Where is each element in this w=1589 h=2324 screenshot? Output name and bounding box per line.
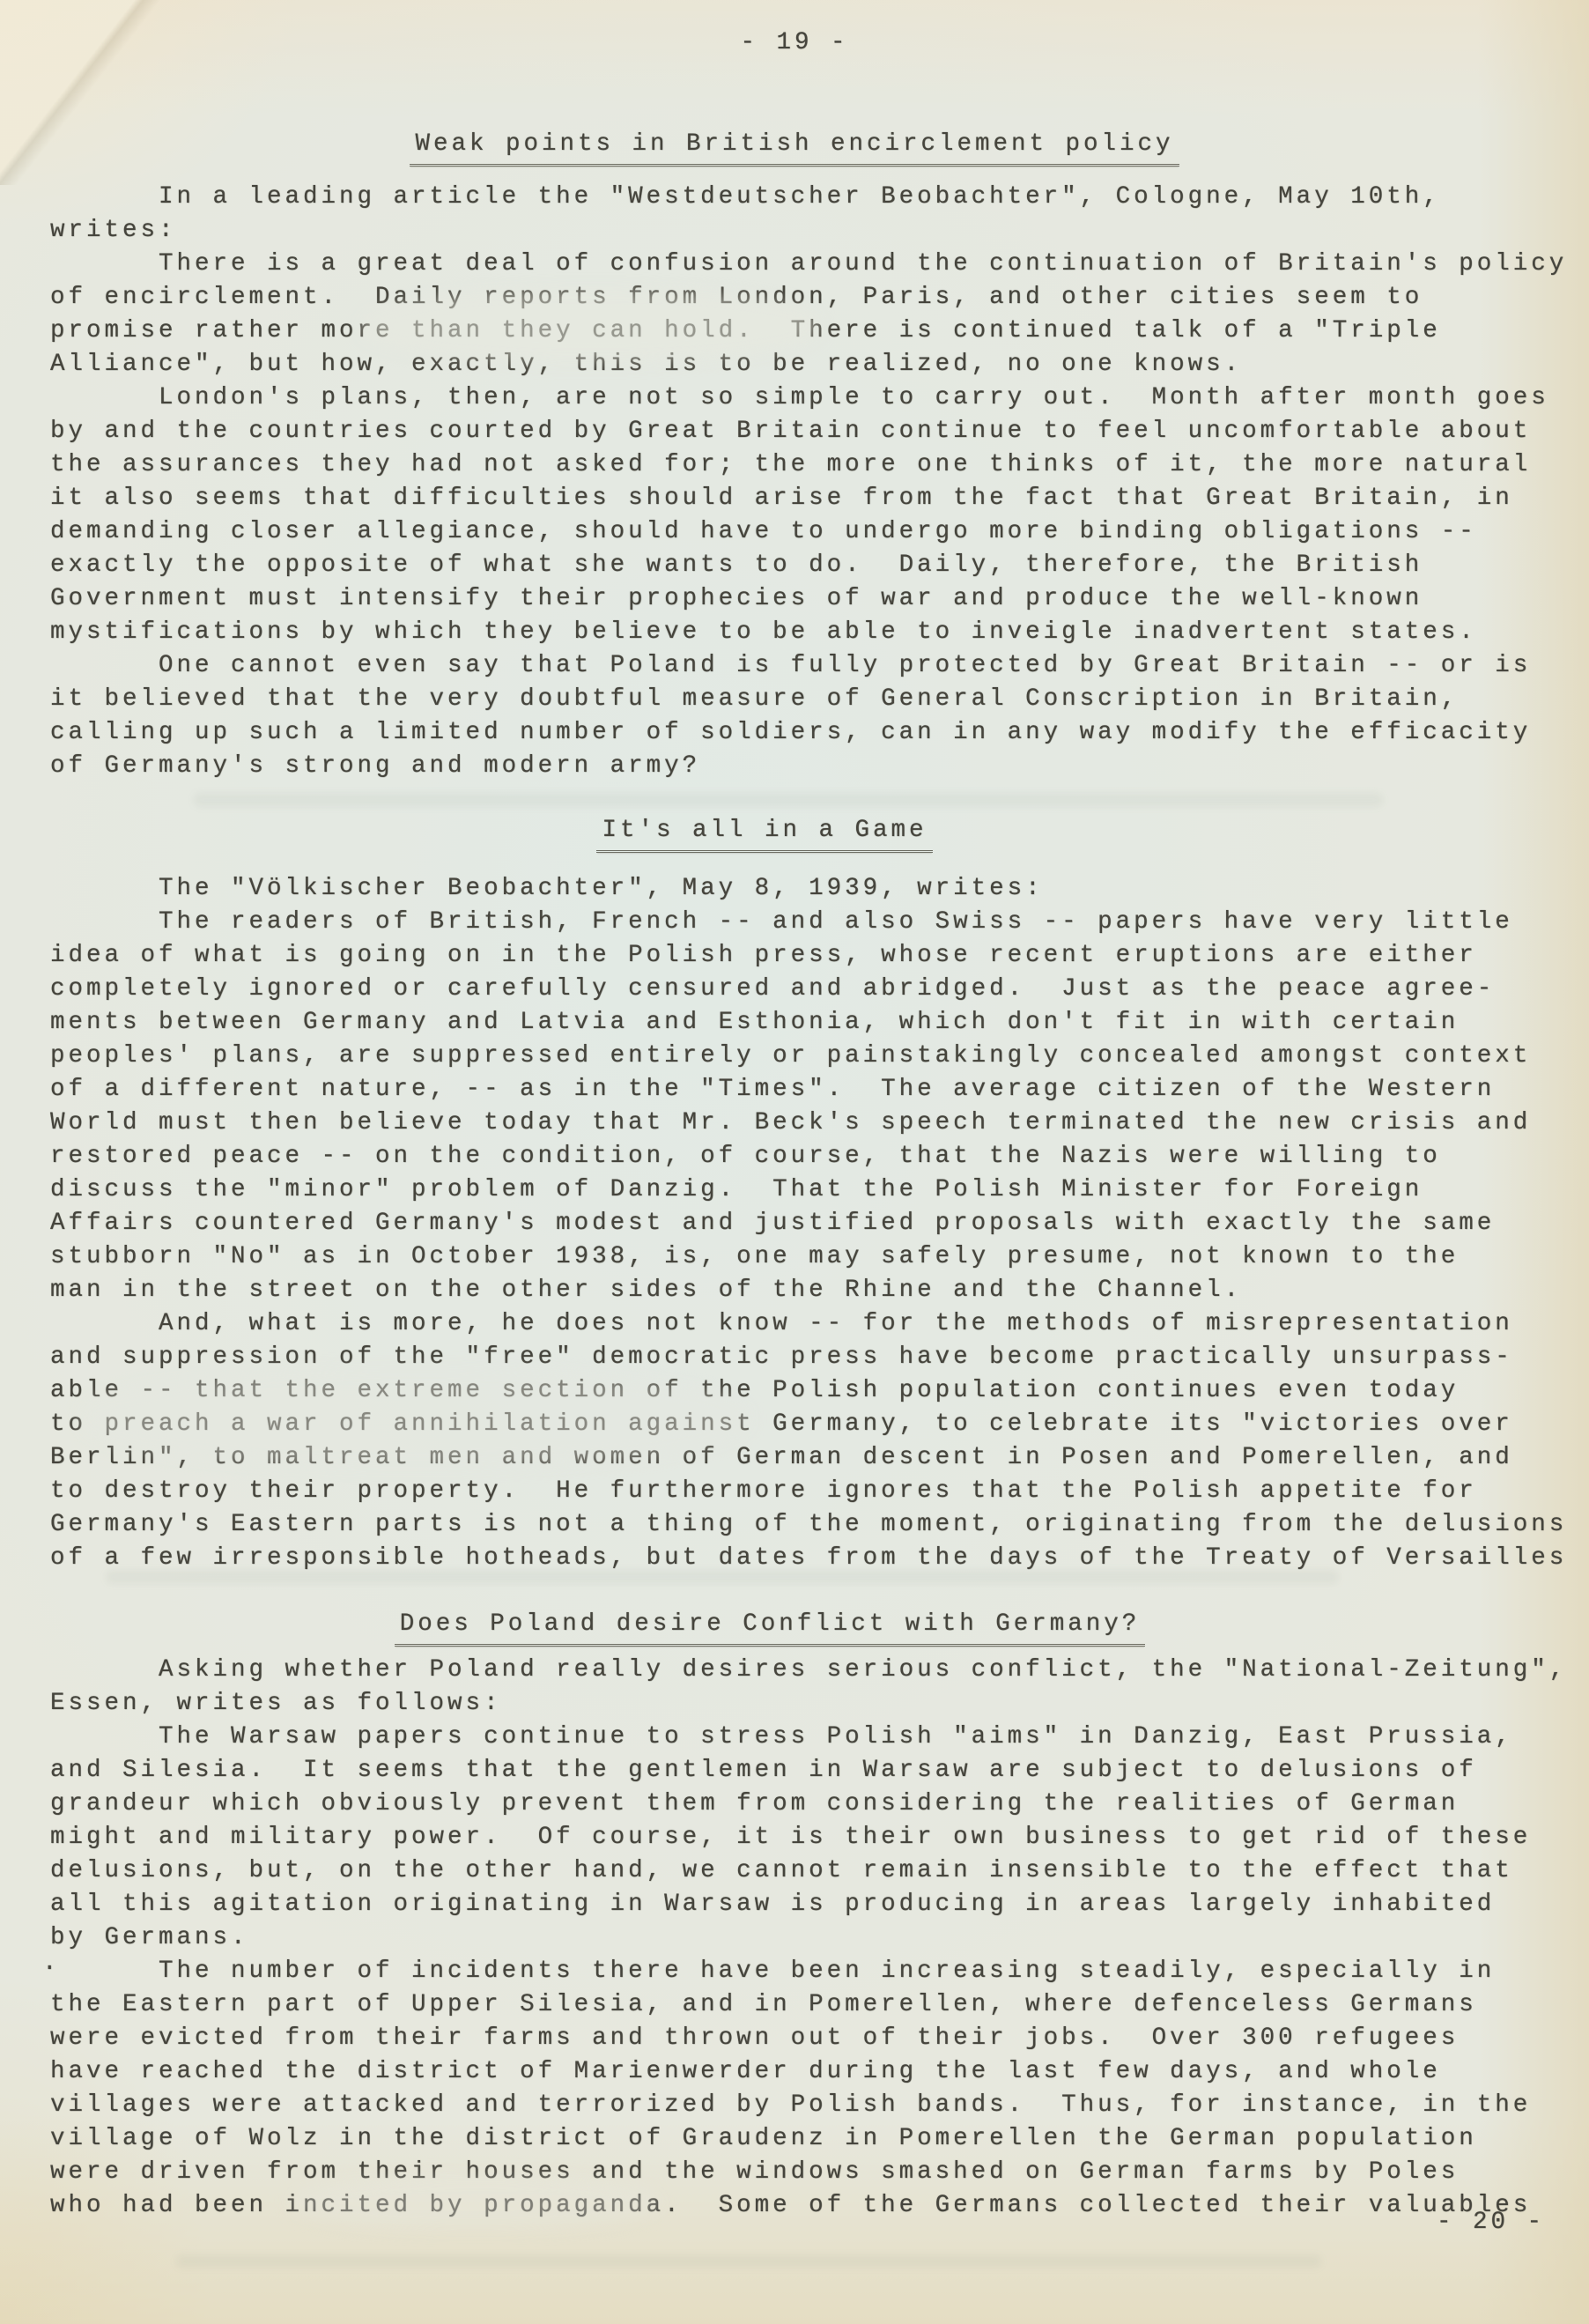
page-number-top: - 19 - [0, 26, 1589, 60]
text-line: And, what is more, he does not know -- f… [50, 1307, 1589, 1341]
text-line: might and military power. Of course, it … [50, 1821, 1589, 1854]
section-heading-row: It's all in a Game [0, 817, 1589, 853]
text-line: completely ignored or carefully censured… [50, 973, 1589, 1006]
section-body: The "Völkischer Beobachter", May 8, 1939… [0, 872, 1589, 1575]
text-line: Alliance", but how, exactly, this is to … [50, 348, 1589, 381]
text-line: ments between Germany and Latvia and Est… [50, 1006, 1589, 1040]
text-line: Affairs countered Germany's modest and j… [50, 1207, 1589, 1240]
text-line: idea of what is going on in the Polish p… [50, 939, 1589, 973]
text-line: Berlin", to maltreat men and women of Ge… [50, 1441, 1589, 1475]
text-line: London's plans, then, are not so simple … [50, 381, 1589, 415]
text-line: by and the countries courted by Great Br… [50, 415, 1589, 448]
text-line: of a different nature, -- as in the "Tim… [50, 1073, 1589, 1106]
text-line: mystifications by which they believe to … [50, 616, 1589, 649]
text-line: The number of incidents there have been … [50, 1955, 1589, 1988]
section-body: Asking whether Poland really desires ser… [0, 1654, 1589, 2223]
section-heading: Weak points in British encirclement poli… [410, 130, 1179, 167]
text-line: delusions, but, on the other hand, we ca… [50, 1854, 1589, 1888]
text-line: were driven from their houses and the wi… [50, 2156, 1589, 2189]
ink-bleedthrough [194, 793, 1383, 807]
text-line: have reached the district of Marienwerde… [50, 2055, 1589, 2089]
text-line: Government must intensify their propheci… [50, 582, 1589, 616]
text-line: There is a great deal of confusion aroun… [50, 248, 1589, 281]
ink-bleedthrough [176, 2255, 1321, 2268]
scanned-document-page: - 19 - Weak points in British encircleme… [0, 0, 1589, 2324]
section-heading: Does Poland desire Conflict with Germany… [395, 1610, 1146, 1647]
text-line: the assurances they had not asked for; t… [50, 448, 1589, 482]
text-line: all this agitation originating in Warsaw… [50, 1888, 1589, 1921]
text-line: Germany's Eastern parts is not a thing o… [50, 1508, 1589, 1542]
text-line: of Germany's strong and modern army? [50, 750, 1589, 783]
text-line: who had been incited by propaganda. Some… [50, 2189, 1589, 2223]
text-line: of a few irresponsible hotheads, but dat… [50, 1542, 1589, 1575]
section-heading: It's all in a Game [596, 817, 932, 853]
text-line: peoples' plans, are suppressed entirely … [50, 1040, 1589, 1073]
text-line: The "Völkischer Beobachter", May 8, 1939… [50, 872, 1589, 906]
section-all-in-a-game: It's all in a Game The "Völkischer Beoba… [0, 817, 1589, 1575]
text-line: village of Wolz in the district of Graud… [50, 2122, 1589, 2156]
text-line: discuss the "minor" problem of Danzig. T… [50, 1173, 1589, 1207]
text-line: One cannot even say that Poland is fully… [50, 649, 1589, 683]
text-line: and Silesia. It seems that the gentlemen… [50, 1754, 1589, 1787]
text-line: the Eastern part of Upper Silesia, and i… [50, 1988, 1589, 2022]
text-line: of encirclement. Daily reports from Lond… [50, 281, 1589, 315]
text-line: and suppression of the "free" democratic… [50, 1341, 1589, 1374]
text-line: restored peace -- on the condition, of c… [50, 1140, 1589, 1173]
text-line: to preach a war of annihilation against … [50, 1408, 1589, 1441]
text-line: demanding closer allegiance, should have… [50, 515, 1589, 549]
text-line: exactly the opposite of what she wants t… [50, 549, 1589, 582]
text-line: promise rather more than they can hold. … [50, 315, 1589, 348]
text-line: it also seems that difficulties should a… [50, 482, 1589, 515]
text-line: Asking whether Poland really desires ser… [50, 1654, 1589, 1687]
text-line: Essen, writes as follows: [50, 1687, 1589, 1721]
text-line: grandeur which obviously prevent them fr… [50, 1787, 1589, 1821]
section-body: In a leading article the "Westdeutscher … [0, 181, 1589, 783]
section-weak-points: Weak points in British encirclement poli… [0, 130, 1589, 783]
text-line: to destroy their property. He furthermor… [50, 1475, 1589, 1508]
text-line: In a leading article the "Westdeutscher … [50, 181, 1589, 214]
text-line: The readers of British, French -- and al… [50, 906, 1589, 939]
text-line: villages were attacked and terrorized by… [50, 2089, 1589, 2122]
text-line: calling up such a limited number of sold… [50, 716, 1589, 750]
text-line: able -- that the extreme section of the … [50, 1374, 1589, 1408]
text-line: by Germans. [50, 1921, 1589, 1955]
text-line: were evicted from their farms and thrown… [50, 2022, 1589, 2055]
text-line: World must then believe today that Mr. B… [50, 1106, 1589, 1140]
section-poland-conflict: Does Poland desire Conflict with Germany… [0, 1610, 1589, 2223]
section-heading-row: Weak points in British encirclement poli… [0, 130, 1589, 167]
text-line: The Warsaw papers continue to stress Pol… [50, 1721, 1589, 1754]
section-heading-row: Does Poland desire Conflict with Germany… [0, 1610, 1589, 1647]
text-line: it believed that the very doubtful measu… [50, 683, 1589, 716]
text-line: man in the street on the other sides of … [50, 1274, 1589, 1307]
text-line: writes: [50, 214, 1589, 248]
text-line: stubborn "No" as in October 1938, is, on… [50, 1240, 1589, 1274]
